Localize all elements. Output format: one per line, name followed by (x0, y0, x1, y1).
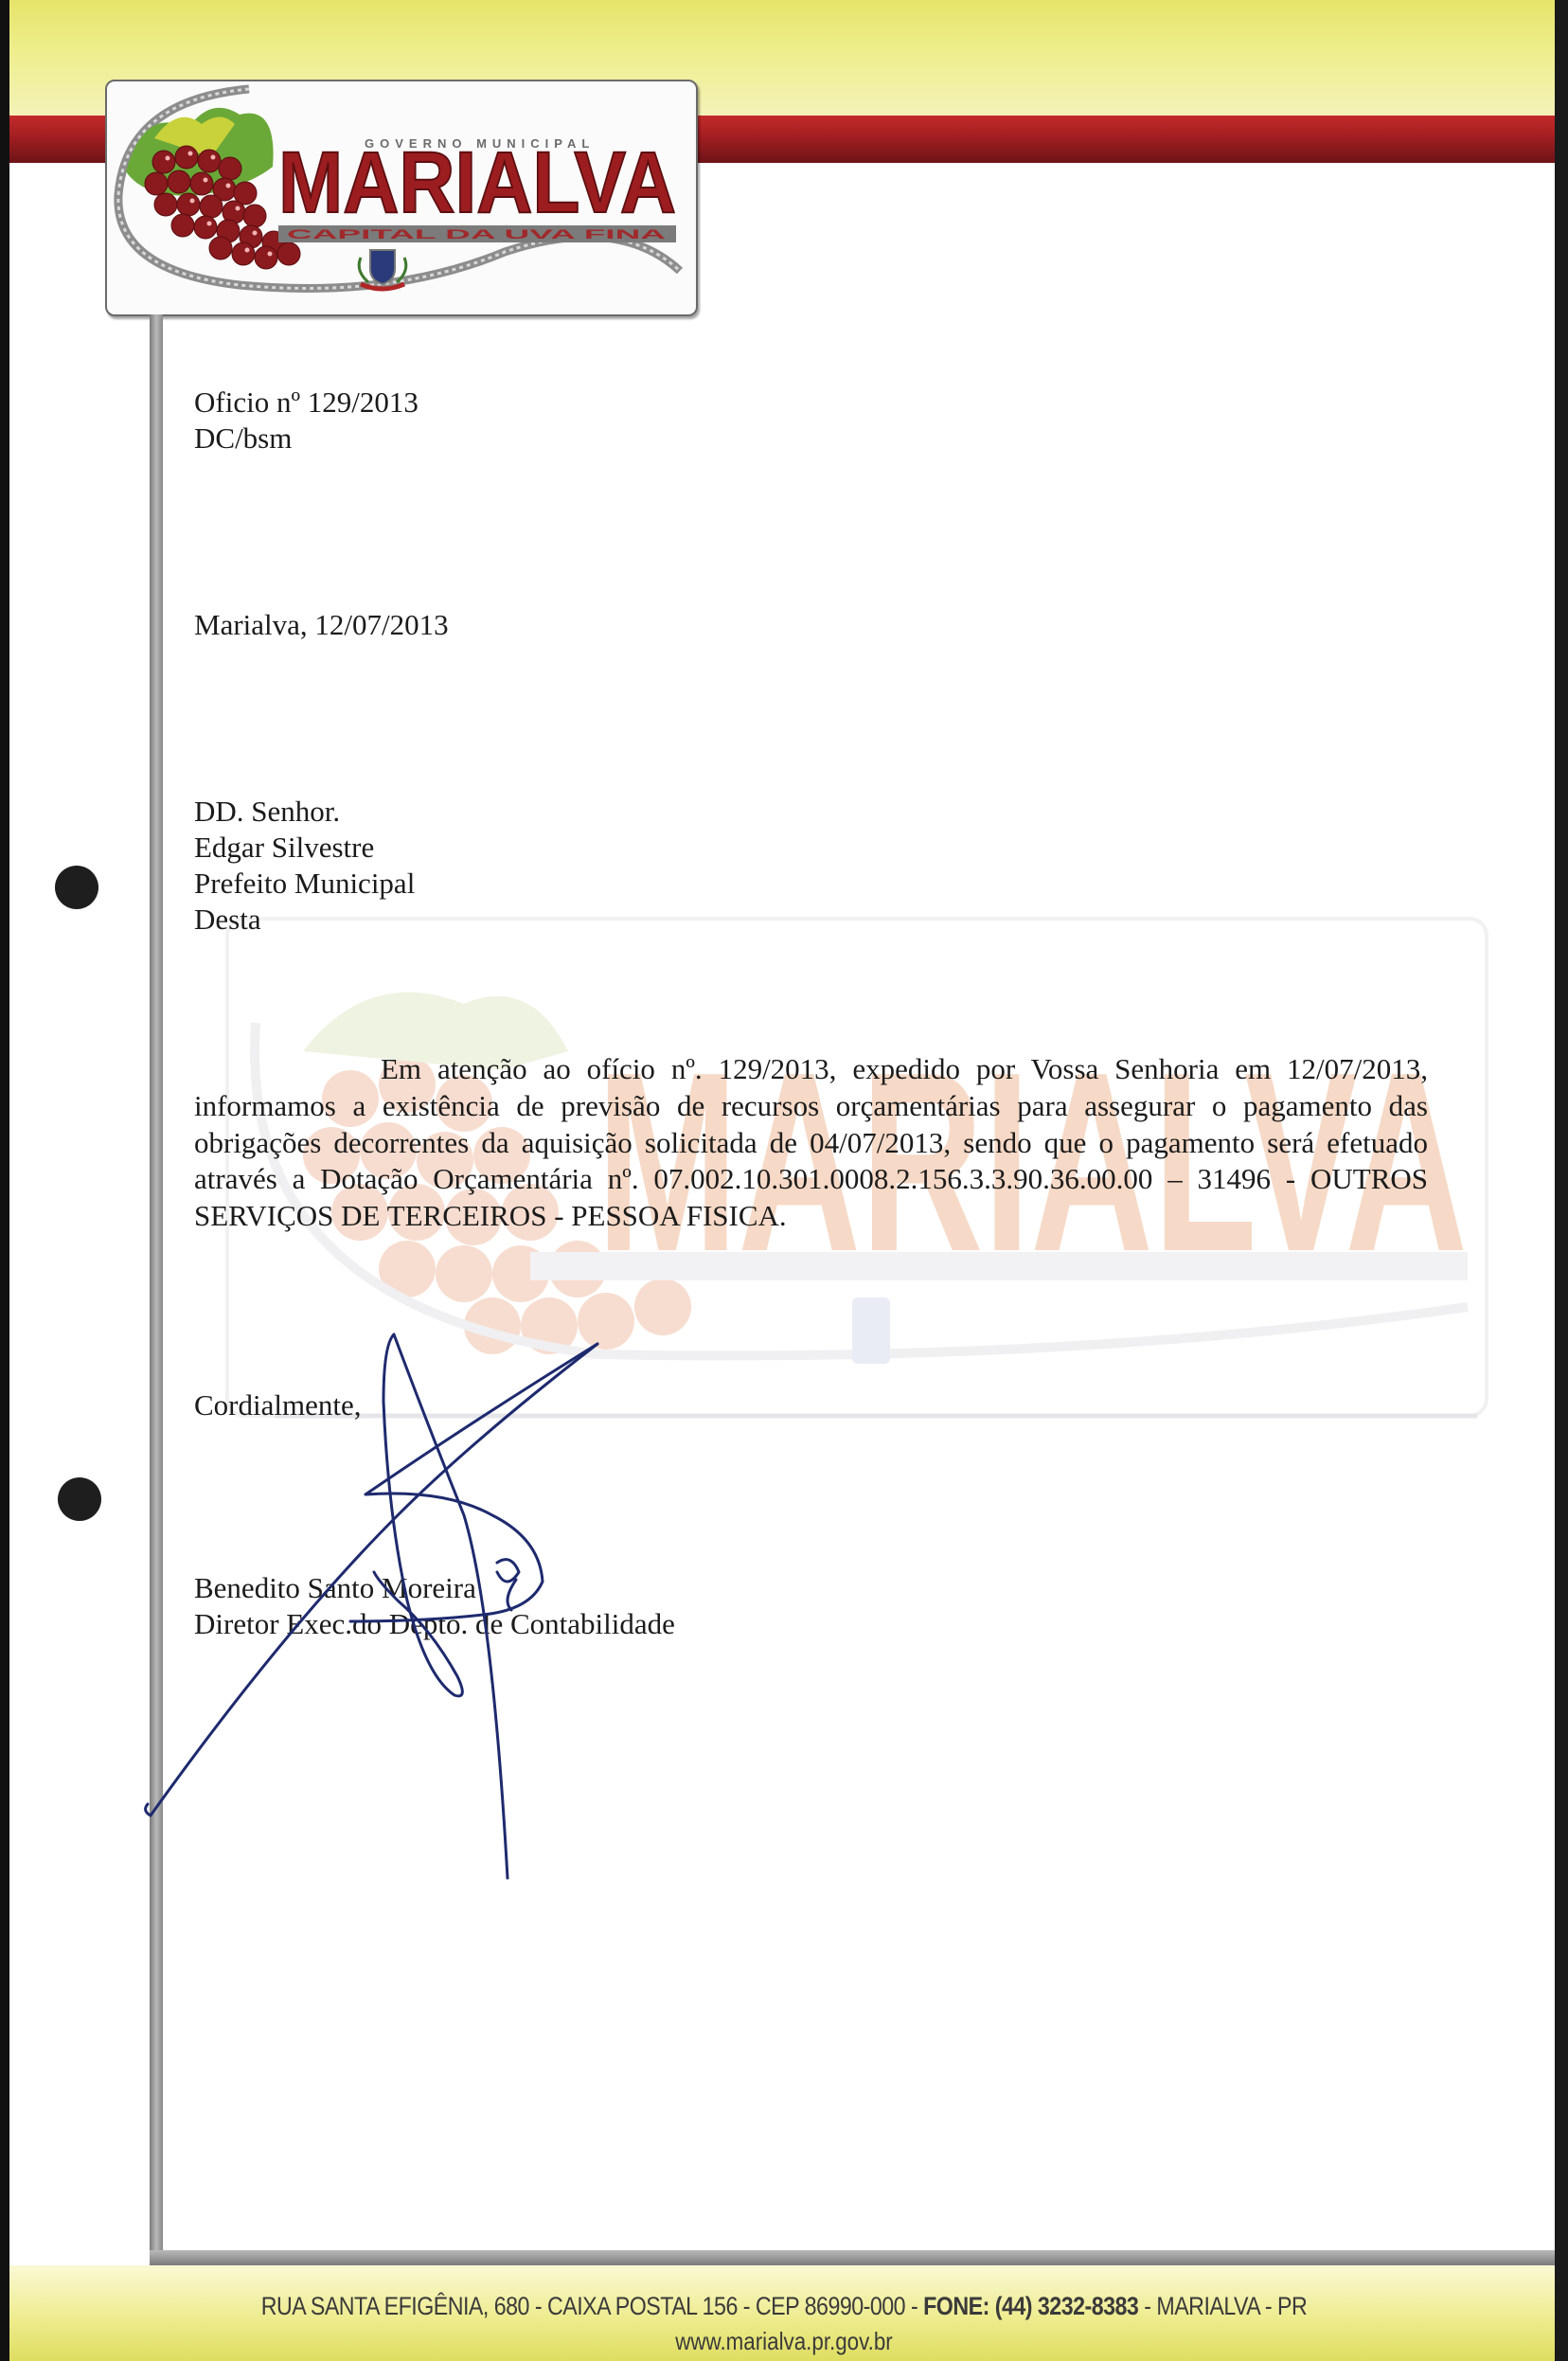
svg-text:CAPITAL DA UVA FINA: CAPITAL DA UVA FINA (287, 226, 666, 241)
scan-edge-right (1555, 0, 1568, 2361)
footer-city: - MARIALVA - PR (1138, 2292, 1307, 2320)
signer-title: Diretor Exec.do Depto. de Contabilidade (194, 1606, 675, 1642)
document-initials: DC/bsm (194, 420, 292, 456)
punch-hole-icon (58, 1477, 101, 1521)
valediction: Cordialmente, (194, 1387, 361, 1423)
recipient-title: Prefeito Municipal (194, 866, 415, 902)
document-reference: Oficio nº 129/2013 (194, 385, 419, 420)
letterhead-logo: GOVERNO MUNICIPAL MARIALVA CAPITAL DA UV… (105, 80, 698, 316)
recipient-location: Desta (194, 902, 261, 938)
page-frame-left (150, 314, 163, 2265)
punch-hole-icon (55, 866, 98, 909)
signer-name: Benedito Santo Moreira (194, 1570, 476, 1606)
footer-address-text: RUA SANTA EFIGÊNIA, 680 - CAIXA POSTAL 1… (261, 2292, 923, 2320)
page-frame-bottom (150, 2250, 1555, 2265)
svg-text:MARIALVA: MARIALVA (278, 134, 676, 231)
recipient-salutation: DD. Senhor. (194, 794, 340, 830)
footer-website[interactable]: www.marialva.pr.gov.br (110, 2327, 1458, 2356)
footer-address: RUA SANTA EFIGÊNIA, 680 - CAIXA POSTAL 1… (110, 2292, 1458, 2321)
recipient-name: Edgar Silvestre (194, 830, 374, 866)
footer-phone: FONE: (44) 3232-8383 (923, 2292, 1138, 2320)
place-date: Marialva, 12/07/2013 (194, 607, 449, 643)
body-paragraph: Em atenção ao ofício nº. 129/2013, exped… (194, 1051, 1428, 1235)
scan-edge-left (0, 0, 9, 2361)
